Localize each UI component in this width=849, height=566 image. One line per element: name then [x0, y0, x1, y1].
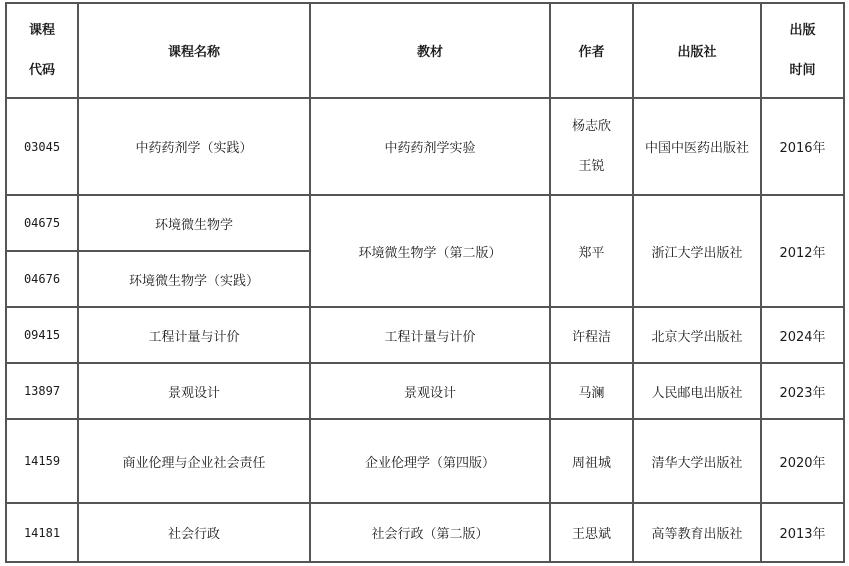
course-code: 04676: [6, 251, 78, 307]
table-row: 13897 景观设计 景观设计 马澜 人民邮电出版社 2023年: [6, 363, 844, 419]
pub-year: 2013年: [761, 503, 844, 562]
textbook: 工程计量与计价: [310, 307, 550, 363]
header-course-code: 课程 代码: [6, 3, 78, 98]
pub-year: 2012年: [761, 195, 844, 307]
author: 许程洁: [550, 307, 633, 363]
table-row: 14159 商业伦理与企业社会责任 企业伦理学（第四版） 周祖城 清华大学出版社…: [6, 419, 844, 503]
course-name: 景观设计: [78, 363, 310, 419]
course-code: 14159: [6, 419, 78, 503]
course-code: 14181: [6, 503, 78, 562]
publisher: 清华大学出版社: [633, 419, 761, 503]
textbook: 中药药剂学实验: [310, 98, 550, 195]
course-name: 中药药剂学（实践）: [78, 98, 310, 195]
publisher: 人民邮电出版社: [633, 363, 761, 419]
author: 杨志欣 王锐: [550, 98, 633, 195]
course-name: 社会行政: [78, 503, 310, 562]
header-author: 作者: [550, 3, 633, 98]
author: 周祖城: [550, 419, 633, 503]
header-code-line2: 代码: [7, 51, 77, 91]
author: 王思斌: [550, 503, 633, 562]
course-name: 商业伦理与企业社会责任: [78, 419, 310, 503]
pub-year: 2024年: [761, 307, 844, 363]
author: 马澜: [550, 363, 633, 419]
pub-year: 2020年: [761, 419, 844, 503]
table-row: 14181 社会行政 社会行政（第二版） 王思斌 高等教育出版社 2013年: [6, 503, 844, 562]
header-publisher: 出版社: [633, 3, 761, 98]
textbook: 社会行政（第二版）: [310, 503, 550, 562]
header-time-line2: 时间: [762, 51, 843, 91]
header-code-line1: 课程: [7, 11, 77, 51]
header-course-name: 课程名称: [78, 3, 310, 98]
author: 郑平: [550, 195, 633, 307]
publisher: 浙江大学出版社: [633, 195, 761, 307]
course-name: 工程计量与计价: [78, 307, 310, 363]
pub-year: 2023年: [761, 363, 844, 419]
table-row: 03045 中药药剂学（实践） 中药药剂学实验 杨志欣 王锐 中国中医药出版社 …: [6, 98, 844, 195]
course-name: 环境微生物学（实践）: [78, 251, 310, 307]
table-row: 09415 工程计量与计价 工程计量与计价 许程洁 北京大学出版社 2024年: [6, 307, 844, 363]
header-textbook: 教材: [310, 3, 550, 98]
course-code: 03045: [6, 98, 78, 195]
header-pub-time: 出版 时间: [761, 3, 844, 98]
course-code: 13897: [6, 363, 78, 419]
course-name: 环境微生物学: [78, 195, 310, 251]
textbook: 企业伦理学（第四版）: [310, 419, 550, 503]
author-name: 杨志欣: [551, 107, 632, 147]
course-code: 09415: [6, 307, 78, 363]
publisher: 中国中医药出版社: [633, 98, 761, 195]
textbook: 景观设计: [310, 363, 550, 419]
author-name: 王锐: [551, 147, 632, 187]
publisher: 高等教育出版社: [633, 503, 761, 562]
header-row: 课程 代码 课程名称 教材 作者 出版社 出版 时间: [6, 3, 844, 98]
textbook: 环境微生物学（第二版）: [310, 195, 550, 307]
publisher: 北京大学出版社: [633, 307, 761, 363]
course-code: 04675: [6, 195, 78, 251]
textbook-table: 课程 代码 课程名称 教材 作者 出版社 出版 时间 03045 中药药剂学（实…: [5, 2, 845, 563]
pub-year: 2016年: [761, 98, 844, 195]
table-row: 04675 环境微生物学 环境微生物学（第二版） 郑平 浙江大学出版社 2012…: [6, 195, 844, 251]
header-time-line1: 出版: [762, 11, 843, 51]
